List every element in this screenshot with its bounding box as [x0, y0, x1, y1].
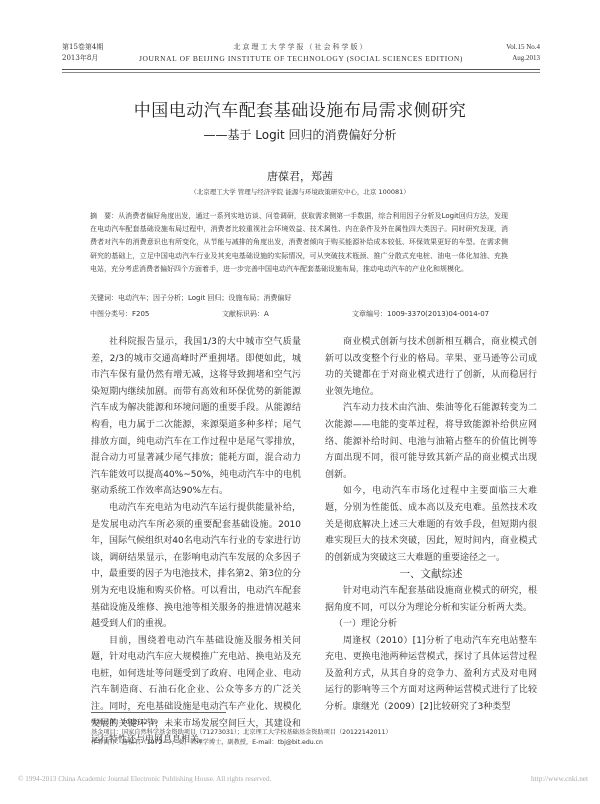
copyright-footer: © 1994-2013 China Academic Journal Elect…	[18, 775, 588, 783]
issue-date-en: Aug.2013	[506, 53, 540, 64]
article-subtitle: ——基于 Logit 回归的消费偏好分析	[0, 126, 600, 143]
clc-number: 中图分类号：F205	[90, 309, 149, 319]
article-authors: 唐葆君，郑茜	[0, 168, 600, 184]
footnotes: 收稿日期：2012-12-19 基金项目：国家自然科学基金资助项目（712730…	[91, 718, 531, 748]
body-paragraph: 商业模式创新与技术创新相互耦合，商业模式创新可以改变整个行业的格局。苹果、亚马逊…	[325, 334, 537, 400]
body-paragraph: 周逢权（2010）[1]分析了电动汽车充电站整车充电、更换电池两种运营模式，探讨…	[325, 633, 537, 716]
journal-name-cn: 北京理工大学学报（社会科学版）	[62, 42, 540, 53]
journal-name: 北京理工大学学报（社会科学版） JOURNAL OF BEIJING INSTI…	[62, 42, 540, 64]
subsection-heading: （一）理论分析	[325, 616, 537, 633]
body-paragraph: 社科院报告显示，我国1/3的大中城市空气质量差，2/3的城市交通高峰时严重拥堵。…	[91, 334, 301, 500]
cnki-link[interactable]: http://www.cnki.net	[531, 775, 588, 783]
running-header: 第15卷第4期 2013年8月 北京理工大学学报（社会科学版） JOURNAL …	[62, 42, 540, 68]
body-paragraph: 针对电动汽车配套基础设施商业模式的研究，根据角度不同，可以分为理论分析和实证分析…	[325, 583, 537, 616]
received-date: 收稿日期：2012-12-19	[91, 718, 531, 728]
footnote-divider	[91, 712, 226, 713]
volume-en: Vol.15 No.4	[506, 42, 540, 53]
article-number: 文章编号：1009-3370(2013)04-0014-07	[352, 309, 489, 319]
issue-info-en: Vol.15 No.4 Aug.2013	[506, 42, 540, 64]
document-code: 文献标识码：A	[222, 309, 269, 319]
body-paragraph: 电动汽车充电站为电动汽车运行提供能量补给，是发展电动汽车所必须的重要配套基础设施…	[91, 500, 301, 633]
article-title: 中国电动汽车配套基础设施布局需求侧研究	[0, 96, 600, 121]
body-paragraph: 如今，电动汽车市场化过程中主要面临三大难题，分别为性能低、成本高以及充电难。虽然…	[325, 483, 537, 566]
author-bio: 作者简介：唐葆君（1972—），女，管理学博士，副教授，E-mail：tbj@b…	[91, 738, 531, 748]
abstract: 摘 要：从消费者偏好角度出发，通过一系列实地访谈、问卷调研，获取需求侧第一手数据…	[90, 210, 508, 276]
keywords: 关键词：电动汽车；因子分析；Logit 回归；设施布局；消费偏好	[90, 293, 291, 303]
header-divider-thin	[62, 72, 540, 73]
body-paragraph: 汽车动力技术由汽油、柴油等化石能源转变为二次能源——电能的变革过程，将导致能源补…	[325, 400, 537, 483]
header-divider	[62, 69, 540, 70]
fund-info: 基金项目：国家自然科学基金资助项目（71273031）；北京理工大学校基础基金资…	[91, 728, 531, 738]
section-heading: 一、文献综述	[325, 566, 537, 583]
author-affiliation: （北京理工大学 管理与经济学院 能源与环境政策研究中心，北京 100081）	[0, 187, 600, 196]
body-column-left: 社科院报告显示，我国1/3的大中城市空气质量差，2/3的城市交通高峰时严重拥堵。…	[91, 334, 301, 749]
copyright-text: © 1994-2013 China Academic Journal Elect…	[18, 775, 271, 783]
body-column-right: 商业模式创新与技术创新相互耦合，商业模式创新可以改变整个行业的格局。苹果、亚马逊…	[325, 334, 537, 716]
journal-name-en: JOURNAL OF BEIJING INSTITUTE OF TECHNOLO…	[62, 53, 540, 64]
